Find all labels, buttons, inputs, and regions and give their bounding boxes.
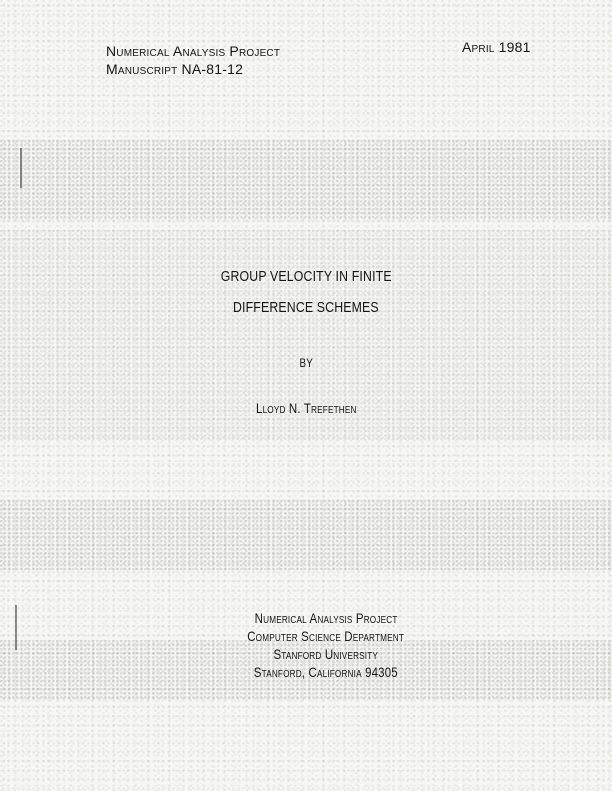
address-line-1: Numerical Analysis Project: [40, 610, 612, 628]
address-line-4-text: Stanford, California 94305: [254, 664, 398, 680]
byline-by-text: by: [299, 356, 312, 370]
header-organization-text: Numerical Analysis Project: [106, 43, 280, 59]
address-line-2: Computer Science Department: [40, 628, 612, 646]
byline-by: by: [0, 354, 612, 372]
scan-noise: [0, 140, 612, 220]
header-date-text: April 1981: [462, 39, 531, 55]
scan-artifact-mark: [20, 148, 22, 188]
header-date: April 1981: [462, 39, 531, 57]
scan-noise: [0, 500, 612, 570]
document-title-line-1: GROUP VELOCITY IN FINITE: [0, 268, 612, 286]
header-manuscript-number: Manuscript NA-81-12: [106, 61, 243, 79]
author-name: Lloyd N. Trefethen: [0, 400, 612, 418]
address-line-2-text: Computer Science Department: [248, 628, 405, 644]
author-name-text: Lloyd N. Trefethen: [256, 400, 357, 416]
address-line-4: Stanford, California 94305: [40, 664, 612, 682]
title-line-2-text: DIFFERENCE SCHEMES: [233, 299, 379, 316]
header-organization: Numerical Analysis Project: [106, 43, 280, 61]
document-page: Numerical Analysis Project Manuscript NA…: [0, 0, 612, 791]
document-title-line-2: DIFFERENCE SCHEMES: [0, 299, 612, 317]
header-manuscript-text: Manuscript NA-81-12: [106, 61, 243, 77]
address-line-3: Stanford University: [40, 646, 612, 664]
address-line-1-text: Numerical Analysis Project: [255, 610, 398, 626]
scan-artifact-mark: [15, 605, 17, 650]
title-line-1-text: GROUP VELOCITY IN FINITE: [221, 268, 392, 285]
address-line-3-text: Stanford University: [274, 646, 379, 662]
